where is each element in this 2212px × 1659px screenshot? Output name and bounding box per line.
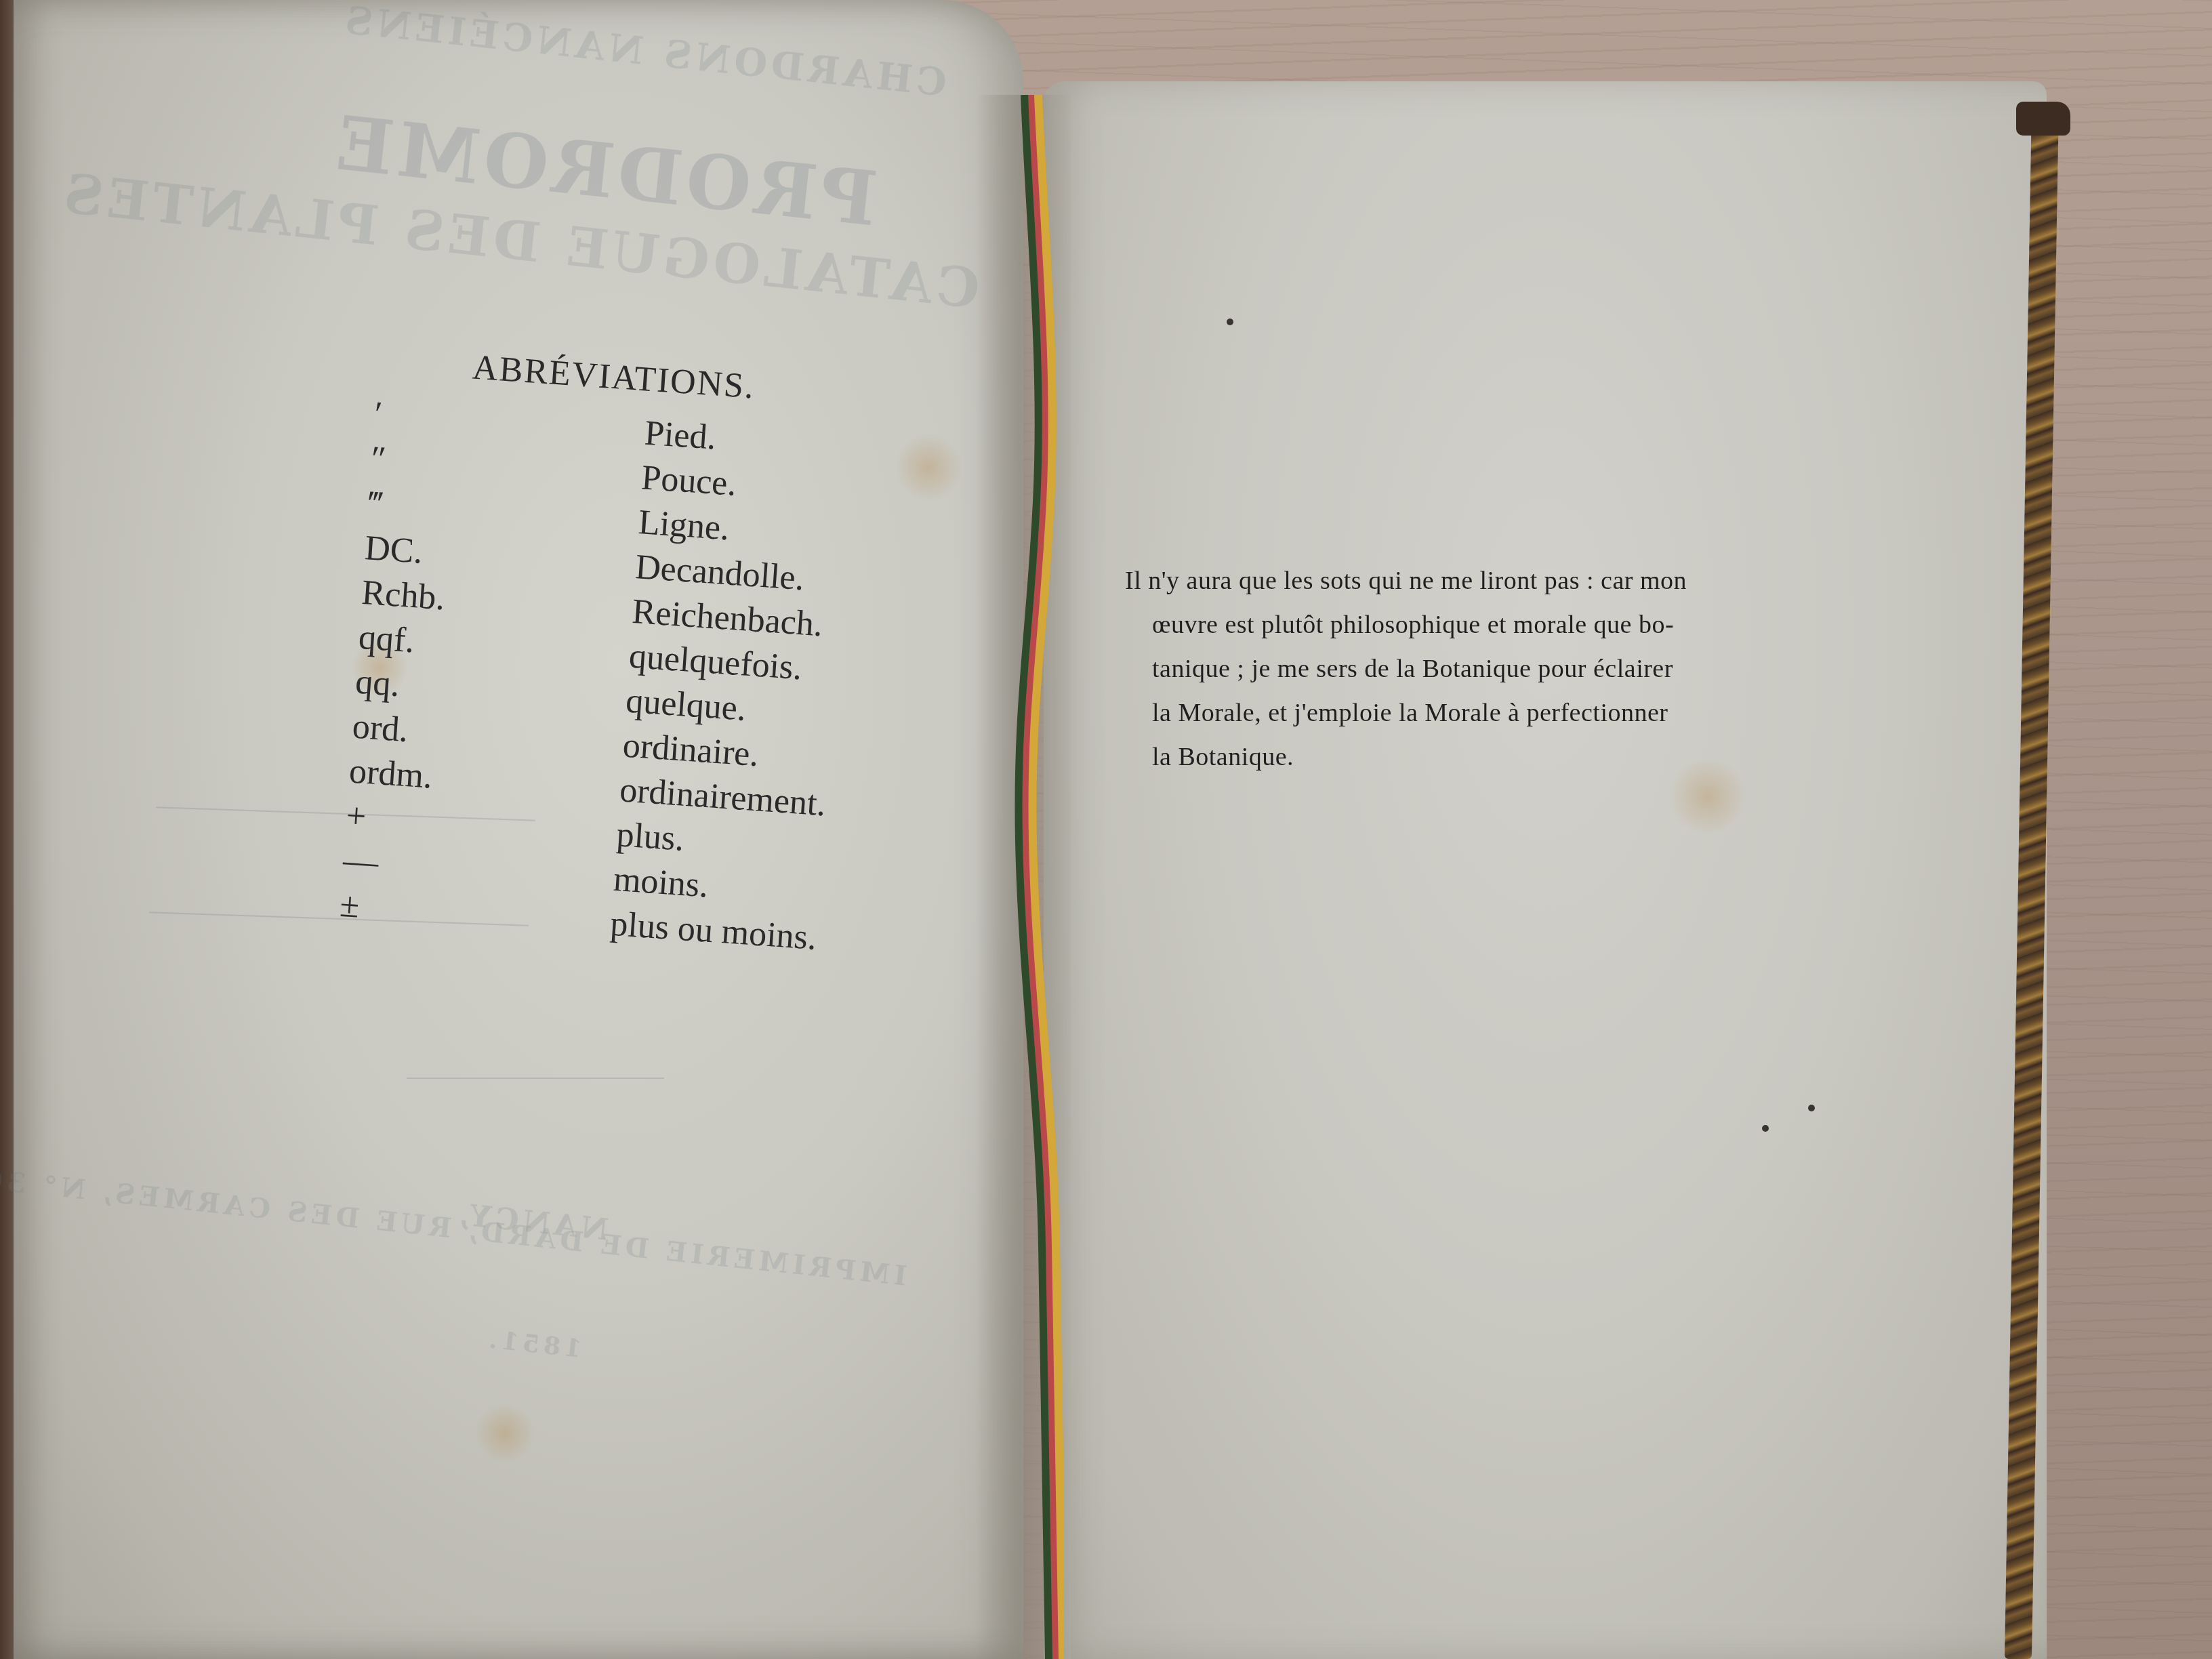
paper-speck: [1227, 319, 1233, 325]
quote-line: Il n'y aura que les sots qui ne me liron…: [1125, 559, 1833, 603]
show-through-paragraph: [1125, 352, 1837, 396]
abbreviations-section: ABRÉVIATIONS. ′ Pied. ″ Pouce. ‴ Ligne. …: [311, 339, 934, 968]
book-headcap: [2016, 102, 2070, 136]
quote-line: tanique ; je me sers de la Botanique pou…: [1125, 647, 1833, 691]
foxing-stain: [1667, 759, 1748, 834]
paper-speck: [1808, 1105, 1815, 1111]
quotation-paragraph: Il n'y aura que les sots qui ne me liron…: [1125, 559, 1833, 779]
quote-line: la Morale, et j'emploie la Morale à perf…: [1125, 691, 1833, 735]
quote-line: œuvre est plutôt philosophique et morale…: [1125, 603, 1833, 647]
foxing-stain: [474, 1403, 535, 1464]
right-page: [1044, 81, 2047, 1659]
paper-speck: [1762, 1125, 1769, 1132]
ribbon-bookmark[interactable]: [1010, 95, 1064, 1659]
show-through-rule: [407, 1078, 664, 1079]
